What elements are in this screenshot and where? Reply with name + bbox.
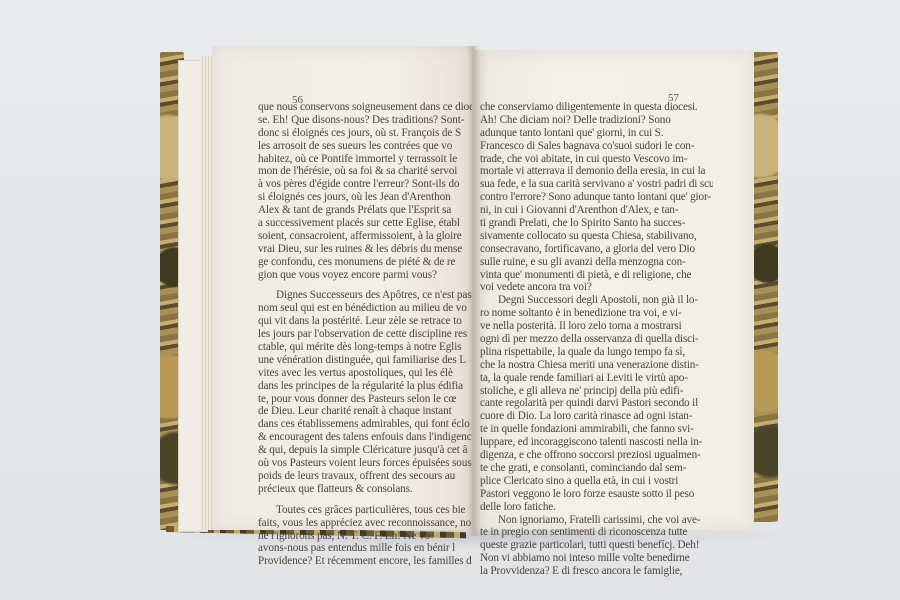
text-line: ve nella posterità. Il loro zelo torna a… (480, 320, 713, 333)
text-line: ogni dì per mezzo della osservanza di qu… (480, 333, 713, 346)
text-line: ge confondu, ces monumens de piété & de … (258, 256, 472, 269)
text-line: nom seul qui est en bénédiction au milie… (258, 302, 472, 315)
text-line: vites avec les vertus apostoliques, qui … (258, 367, 472, 380)
text-line: & encouragent des talens enfouis dans l'… (258, 431, 472, 444)
text-line: te in pregio con sentimenti di riconosce… (480, 526, 713, 539)
text-line: de Dieu. Leur charité renaît à chaque in… (258, 405, 472, 418)
text-line: voi vedete ancora tra voi? (480, 281, 713, 294)
text-line: où vos Pasteurs voient leurs forces épui… (258, 457, 472, 470)
text-line: les jours par l'observation de cette dis… (258, 328, 472, 341)
text-line: che la nostra Chiesa meriti una venerazi… (480, 359, 713, 372)
text-line: donc si éloignés ces jours, où st. Franç… (258, 127, 472, 140)
text-line: te in quelle fondazioni ammirabili, che … (480, 423, 713, 436)
text-line: Degni Successori degli Apostoli, non già… (480, 294, 713, 307)
text-line: la Provvidenza? E di fresco ancora le fa… (480, 565, 713, 578)
text-line: trade, che voi abitate, in cui questo Ve… (480, 153, 713, 166)
text-line: stoliche, e gli alleva ne' principj dell… (480, 385, 713, 398)
text-line: précieux que flatteurs & consolans. (258, 483, 472, 496)
text-line: se. Eh! Que disons-nous? Des traditions?… (258, 114, 472, 127)
text-line: plice Clericato sino a quella età, in cu… (480, 475, 713, 488)
text-line: si éloignés ces jours, où les Jean d'Are… (258, 191, 472, 204)
text-line: Pastori veggono le loro forze esauste so… (480, 488, 713, 501)
text-line: une vénération distinguée, qui familiari… (258, 354, 472, 367)
text-line: mon de l'hérésie, où sa foi & sa charité… (258, 165, 472, 178)
text-line: vinta que' monumenti di pietà, e di reli… (480, 269, 713, 282)
text-line: soient, consacroient, affermissoient, à … (258, 230, 472, 243)
text-line: digenza, e che offrono soccorsi preziosi… (480, 449, 713, 462)
text-line: Providence? Et récemment encore, les fam… (258, 555, 472, 568)
text-line: avons-nous pas entendus mille fois en bé… (258, 542, 472, 555)
text-line: qui vit dans la postérité. Leur zèle se … (258, 315, 472, 328)
text-line: Non ignoriamo, Fratelli carissimi, che v… (480, 514, 713, 527)
text-line: sulle ruine, e su gli avanzi della menzo… (480, 256, 713, 269)
text-line: que nous conservons soigneusement dans c… (258, 101, 472, 114)
text-line: adunque tanto lontani que' giorni, in cu… (480, 127, 713, 140)
left-page-text: que nous conservons soigneusement dans c… (258, 101, 472, 568)
text-line: ne l'ignorons pas, N. T. C. F. Eh! Ne vo (258, 530, 472, 543)
text-line: Non vi abbiamo noi inteso mille volte be… (480, 552, 713, 565)
text-line: ti grandi Prelati, che lo Spirito Santo … (480, 217, 713, 230)
text-line: Francesco di Sales bagnava co'suoi sudor… (480, 140, 713, 153)
text-line: ta, la quale rende familiari ai Leviti l… (480, 372, 713, 385)
text-line: Alex & tant de grands Prélats que l'Espr… (258, 204, 472, 217)
text-line: cuore di Dio. La loro carità rinasce ad … (480, 410, 713, 423)
text-line: delle loro fatiche. (480, 501, 713, 514)
text-line: gion que vous voyez encore parmi vous? (258, 269, 472, 282)
text-line: à vos pères d'égide contre l'erreur? Son… (258, 178, 472, 191)
right-page-text: che conserviamo diligentemente in questa… (480, 101, 713, 578)
text-line: poids de leurs travaux, offrent des seco… (258, 470, 472, 483)
text-line: faits, vous les appréciez avec reconnois… (258, 517, 472, 530)
text-line: vrai Dieu, sur les ruines & les débris d… (258, 243, 472, 256)
text-line: habitez, où ce Pontife immortel y terras… (258, 153, 472, 166)
text-line: cante regolarità per quindi darvi Pastor… (480, 397, 713, 410)
text-line: sua fede, e la sua carità servivano a' v… (480, 178, 713, 191)
text-line: Ah! Che diciam noi? Delle tradizioni? So… (480, 114, 713, 127)
text-line: te che grati, e consolanti, cominciando … (480, 462, 713, 475)
text-line: dans les principes de la régularité la p… (258, 380, 472, 393)
book-cover-right (752, 52, 778, 522)
text-line: plina rispettabile, la quale da lungo te… (480, 346, 713, 359)
text-line: Toutes ces grâces particulières, tous ce… (258, 504, 472, 517)
text-line: Dignes Successeurs des Apôtres, ce n'est… (258, 289, 472, 302)
text-line: consecravano, fortificavano, a gloria de… (480, 243, 713, 256)
text-line: che conserviamo diligentemente in questa… (480, 101, 713, 114)
text-line: & qui, depuis la simple Cléricature jusq… (258, 444, 472, 457)
text-line: contro l'errore? Sono adunque tanto lont… (480, 191, 713, 204)
text-line: ni, in cui i Giovanni d'Arenthon d'Alex,… (480, 204, 713, 217)
text-line: sivamente collocato su questa Chiesa, st… (480, 230, 713, 243)
text-line: a successivement placés sur cette Eglise… (258, 217, 472, 230)
text-line: ctable, qui mérite dès long-temps à notr… (258, 341, 472, 354)
text-line: les arrosoit de ses sueurs les contrées … (258, 140, 472, 153)
text-line: ro nome soltanto è in benedizione tra vo… (480, 307, 713, 320)
text-line: luppare, ed incoraggiscono talenti nasco… (480, 436, 713, 449)
text-line: mortale vi atterrava il demonio della er… (480, 165, 713, 178)
text-line: te, pour vous donner des Pasteurs selon … (258, 393, 472, 406)
text-line: dans ces établissemens admirables, qui f… (258, 418, 472, 431)
text-line: queste grazie particolari, tutti questi … (480, 539, 713, 552)
